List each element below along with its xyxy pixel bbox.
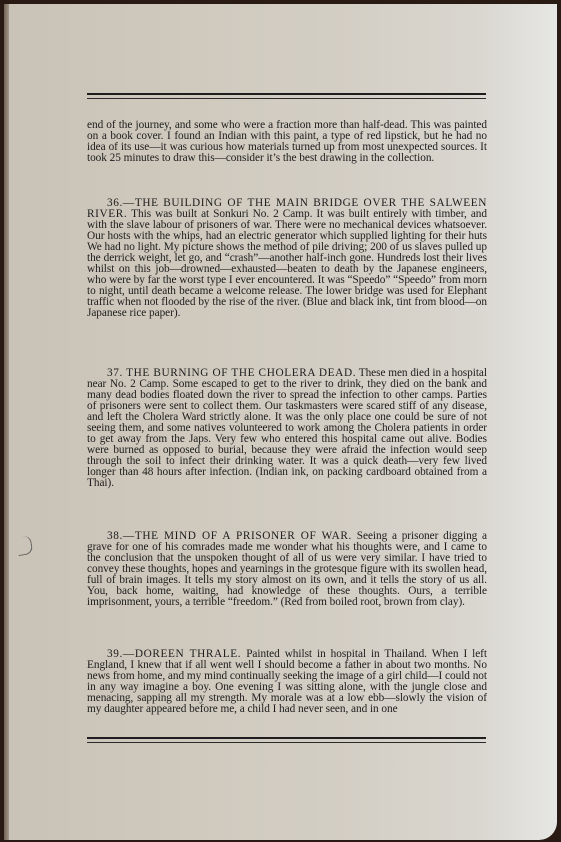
entry-36: 36.—THE BUILDING OF THE MAIN BRIDGE OVER… bbox=[87, 198, 487, 318]
entry-body: Seeing a prisoner digging a grave for on… bbox=[87, 530, 487, 608]
continuation-paragraph: end of the journey, and some who were a … bbox=[87, 120, 487, 164]
entry-38: 38.—THE MIND OF A PRISONER OF WAR. Seein… bbox=[87, 531, 487, 608]
entry-37: 37. THE BURNING OF THE CHOLERA DEAD. The… bbox=[87, 368, 487, 488]
top-double-rule bbox=[87, 93, 486, 99]
entry-39: 39.—DOREEN THRALE. Painted whilst in hos… bbox=[87, 649, 487, 715]
bottom-double-rule bbox=[87, 737, 486, 743]
continuation-text: end of the journey, and some who were a … bbox=[87, 120, 487, 164]
entry-body: These men died in a hospital near No. 2 … bbox=[87, 367, 487, 489]
entry-body: This was built at Sonkuri No. 2 Camp. It… bbox=[87, 208, 487, 319]
page-spine-shadow bbox=[4, 4, 9, 840]
entry-body: Painted whilst in hospital in Thailand. … bbox=[87, 648, 487, 715]
